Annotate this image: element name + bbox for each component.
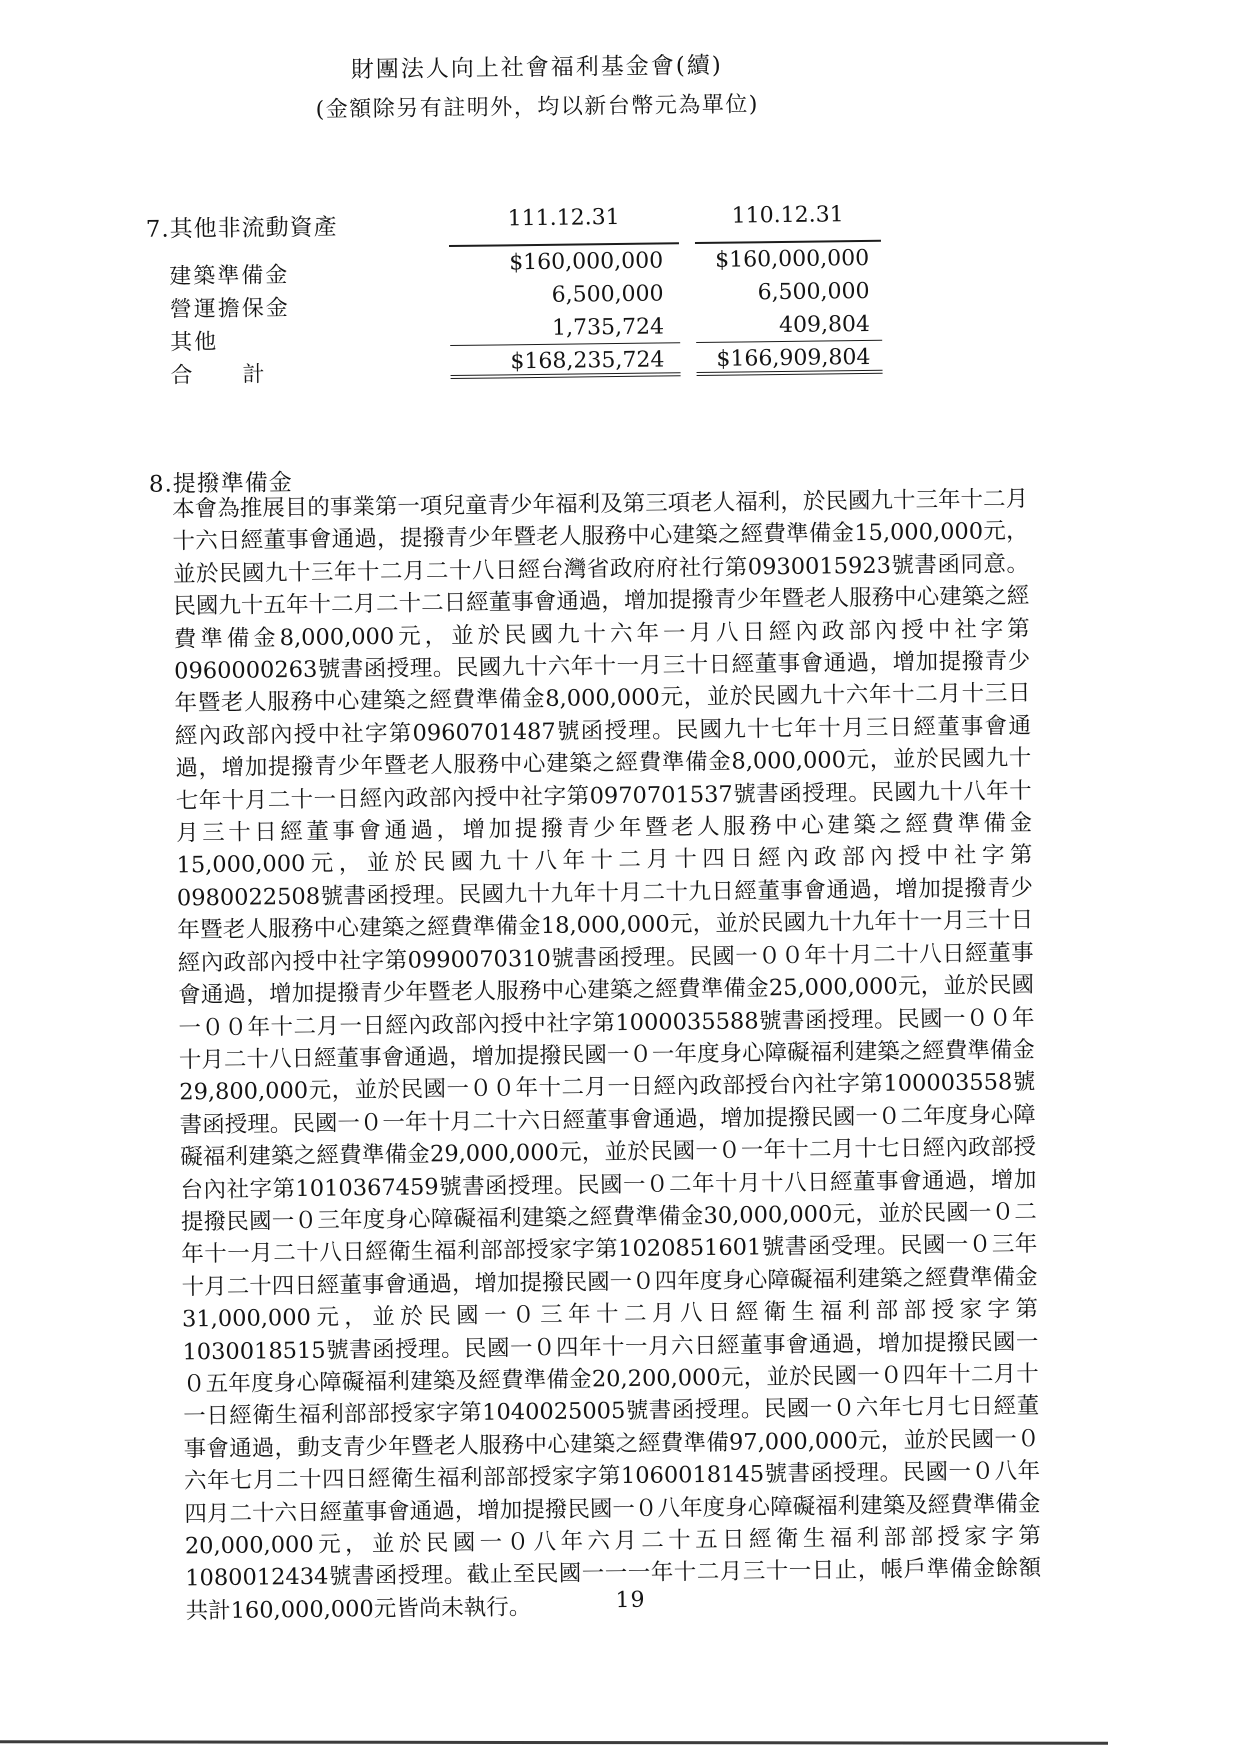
- row-value-total-110: $166,909,804: [696, 341, 882, 376]
- column-gap: [679, 211, 695, 247]
- reserve-appropriation-paragraph: 本會為推展目的事業第一項兒童青少年福利及第三項老人福利，於民國九十三年十二月十六…: [172, 483, 1042, 1628]
- table-corner-blank: [169, 214, 449, 253]
- row-value-operating-guarantee-110: 6,500,000: [695, 275, 881, 310]
- column-gap: [679, 277, 695, 310]
- row-value-operating-guarantee-111: 6,500,000: [449, 277, 679, 313]
- row-value-others-111: 1,735,724: [450, 310, 680, 346]
- row-label-building-reserve: 建築準備金: [169, 257, 449, 293]
- column-gap: [680, 343, 696, 376]
- document-header: 財團法人向上社會福利基金會(續) (金額除另有註明外，均以新台幣元為單位): [0, 44, 1082, 131]
- row-value-total-111: $168,235,724: [450, 343, 680, 379]
- document-subtitle: (金額除另有註明外，均以新台幣元為單位): [0, 84, 1082, 131]
- other-noncurrent-assets-table: 111.12.31 110.12.31 建築準備金 $160,000,000 $…: [169, 209, 883, 383]
- row-value-building-reserve-111: $160,000,000: [449, 244, 679, 280]
- column-gap: [679, 244, 695, 277]
- row-label-others: 其他: [170, 323, 450, 359]
- column-header-111-12-31: 111.12.31: [449, 204, 679, 247]
- row-label-operating-guarantee: 營運擔保金: [170, 290, 450, 326]
- row-value-building-reserve-110: $160,000,000: [695, 242, 881, 277]
- column-gap: [680, 310, 696, 343]
- document-title: 財團法人向上社會福利基金會(續): [0, 44, 1082, 91]
- row-label-total: 合 計: [170, 356, 450, 392]
- row-value-others-110: 409,804: [696, 308, 882, 343]
- document-page: 財團法人向上社會福利基金會(續) (金額除另有註明外，均以新台幣元為單位) 7.…: [0, 0, 1240, 1754]
- column-header-110-12-31: 110.12.31: [694, 202, 880, 244]
